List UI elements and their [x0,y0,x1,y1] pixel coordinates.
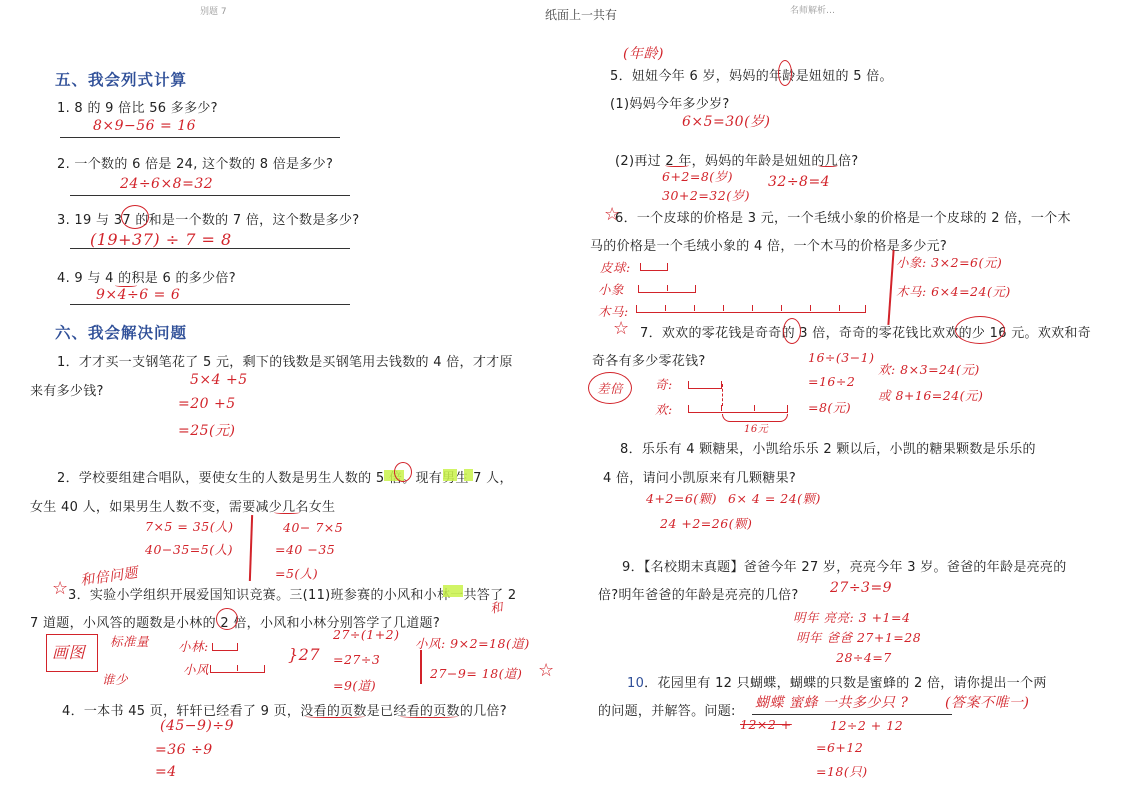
circle-label-text: 差倍 [597,379,623,397]
circle-mark [394,462,412,482]
diagram-label: 欢: [655,400,673,418]
highlight-mark [464,469,473,481]
note-standard: 标准量 [110,632,149,650]
diagram-label: 皮球: [600,258,631,276]
diagram-total: }27 [288,645,320,664]
bar-segment [688,381,722,389]
wavy-underline [818,163,838,167]
work-line: 小风: 9×2=18(道) [415,634,530,652]
question-line-2: 奇各有多少零花钱? [592,350,706,369]
work-line: 明年 亮亮: 3 +1=4 [793,608,910,626]
work-line: 6× 4 = 24(颗) [728,489,821,507]
bar-tick [237,665,238,671]
question-line-1: 5．妞妞今年 6 岁，妈妈的年龄是妞妞的 5 倍。 [610,65,893,84]
bar-segment [640,263,668,271]
brace-label: 16元 [744,420,768,435]
bar-tick [839,305,840,311]
bar-tick [781,305,782,311]
question-line-2: 倍?明年爸爸的年龄是亮亮的几倍? [598,584,799,603]
question-line-1: 6．一个皮球的价格是 3 元，一个毛绒小象的价格是一个皮球的 2 倍，一个木 [615,207,1071,226]
work-line: 6×5=30(岁) [682,111,771,131]
bar-tick [694,305,695,311]
circle-mark [783,318,801,344]
question-line-1: 7．欢欢的零花钱是奇奇的 3 倍，奇奇的零花钱比欢欢的少 16 元。欢欢和奇 [640,322,1091,341]
highlight-mark [443,585,463,597]
answer-line [70,248,350,249]
work-line: 4+2=6(颗) [646,489,717,507]
answer-handwriting: (19+37) ÷ 7 = 8 [90,230,232,249]
question-text: 3. 19 与 37 的和是一个数的 7 倍，这个数是多少? [57,209,359,228]
answer-note: (答案不唯一) [945,692,1029,712]
work-line: 6+2=8(岁) [662,167,733,185]
question-line-2: 来有多少钱? [30,380,104,399]
highlight-mark [443,469,457,481]
star-mark-icon: ☆ [538,660,554,681]
box-label: 画图 [52,640,85,663]
work-line: =25(元) [178,420,235,440]
work-line: 27÷3=9 [830,580,892,596]
bar-segment [688,405,788,413]
question-line-2: 4 倍，请问小凯原来有几颗糖果? [603,467,796,486]
work-line: =6+12 [816,740,863,755]
work-line: 明年 爸爸 27+1=28 [796,628,921,646]
answer-handwriting: 24÷6×8=32 [120,176,213,192]
question-text: 1. 8 的 9 倍比 56 多多少? [57,97,218,116]
work-line: 40−35=5(人) [145,540,233,558]
work-line: 5×4 +5 [190,372,248,388]
question-line-2: 的问题，并解答。问题: [598,700,736,719]
wavy-underline [400,714,458,718]
work-line: 24 +2=26(颗) [660,514,752,532]
question-line-1: 10．花园里有 12 只蝴蝶，蝴蝶的只数是蜜蜂的 2 倍，请你提出一个两 [627,672,1047,691]
bar-segment [636,305,866,313]
star-mark-icon: ☆ [613,318,629,339]
header-left-fragment: 别题 7 [200,4,227,17]
work-line: 27÷(1+2) [333,627,400,642]
answer-line [752,714,952,715]
diagram-label: 奇: [655,375,673,393]
note-who-less: 谁少 [102,670,128,688]
divider-line [249,515,253,581]
diagram-label: 小象 [598,280,624,298]
bar-tick [754,405,755,411]
answer-line [70,304,350,305]
work-line: 27−9= 18(道) [430,664,522,682]
work-line: 40− 7×5 [283,520,343,535]
bracket-line [420,650,422,684]
work-line: 木马: 6×4=24(元) [896,282,1011,300]
bar-tick [723,305,724,311]
bar-tick [667,285,668,291]
work-line: 或 8+16=24(元) [878,386,983,404]
answer-handwriting: 8×9−56 = 16 [93,118,196,134]
work-line: =27÷3 [333,652,380,667]
work-line: =9(道) [333,676,376,694]
question-line-1: 1．才才买一支钢笔花了 5 元，剩下的钱数是买钢笔用去钱数的 4 倍，才才原 [57,351,513,370]
section-5-title: 五、我会列式计算 [55,68,187,90]
work-line: 16÷(3−1) [808,350,875,365]
work-line: =40 −35 [275,542,335,557]
work-line: 28÷4=7 [836,650,892,665]
work-line: =8(元) [808,398,851,416]
work-line: =20 +5 [178,396,236,412]
work-line: 30+2=32(岁) [662,186,750,204]
topic-tag: (年龄) [623,43,664,63]
bar-tick [810,305,811,311]
circle-mark [216,608,238,630]
work-line: 7×5 = 35(人) [145,517,233,535]
circle-mark [778,60,792,86]
bar-tick [665,305,666,311]
work-line: =18(只) [816,762,868,780]
answer-line [60,137,340,138]
header-right-fragment: 名师解析… [790,3,835,16]
section-6-title: 六、我会解决问题 [55,321,187,343]
question-text: 2. 一个数的 6 倍是 24, 这个数的 8 倍是多少? [57,153,333,172]
diagram-label: 小林: [178,637,209,655]
work-line: =5(人) [275,564,318,582]
question-text: 4. 9 与 4 的积是 6 的多少倍? [57,267,236,286]
question-line-1: 9．【名校期末真题】爸爸今年 27 岁，亮亮今年 3 岁。爸爸的年龄是亮亮的 [622,556,1067,575]
work-line: 欢: 8×3=24(元) [878,360,980,378]
bar-tick [752,305,753,311]
diagram-label: 小风 [183,660,209,678]
dashed-guide [722,384,723,406]
work-line: =16÷2 [808,374,855,389]
answer-line [70,195,350,196]
circle-mark [121,205,149,229]
divider-line [887,250,894,325]
wavy-underline [305,714,365,718]
work-line: (45−9)÷9 [160,718,234,734]
question-number: 10 [627,676,644,691]
question-text: ．花园里有 12 只蝴蝶，蝴蝶的只数是蜜蜂的 2 倍，请你提出一个两 [644,676,1047,691]
star-mark-icon: ☆ [52,578,68,599]
sub-question-1: (1)妈妈今年多少岁? [610,93,730,112]
work-line: 12÷2 + 12 [830,718,903,733]
work-line: 小象: 3×2=6(元) [896,253,1002,271]
work-line: =36 ÷9 [155,742,213,758]
circle-mark [955,316,1005,344]
answer-handwriting: 9×4÷6 = 6 [96,287,180,303]
wavy-underline [274,510,300,514]
question-line-1: 8．乐乐有 4 颗糖果，小凯给乐乐 2 颗以后，小凯的糖果颗数是乐乐的 [620,438,1036,457]
work-line: =4 [155,764,177,780]
header-center-fragment: 纸面上一共有 [545,6,617,23]
answer-question: 蝴蝶 蜜蜂 一共多少只 ? [755,692,908,712]
crossed-work: 12×2 + [740,717,792,732]
work-line: 32÷8=4 [768,174,830,190]
bar-segment [212,643,238,651]
